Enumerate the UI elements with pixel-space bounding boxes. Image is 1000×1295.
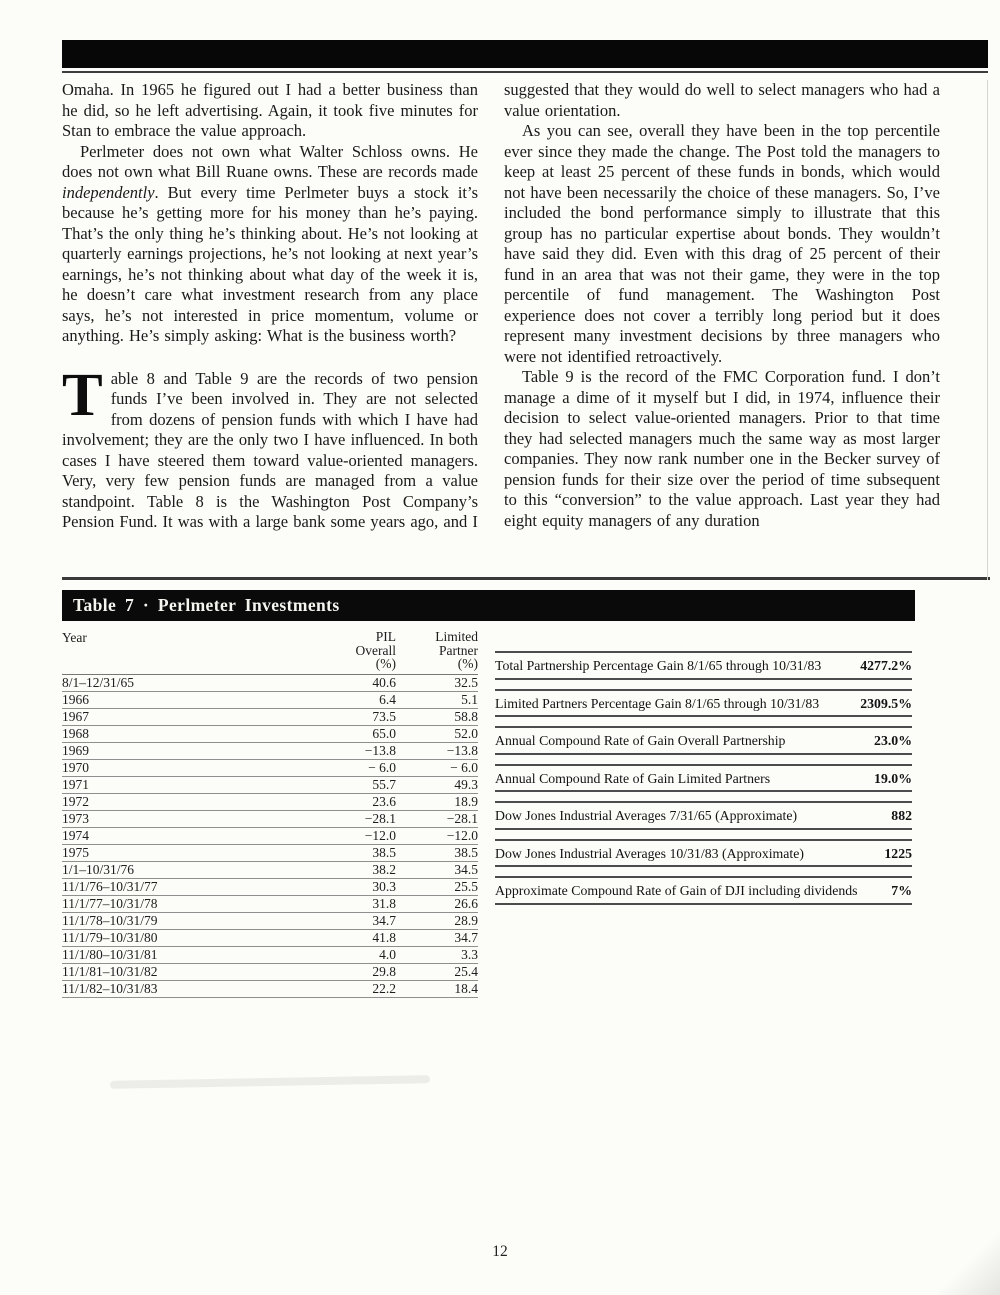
right-column: suggested that they would do well to sel… <box>504 80 940 576</box>
lp-cell: 18.9 <box>396 794 478 810</box>
pil-cell: 29.8 <box>321 964 396 980</box>
year-cell: 1971 <box>62 777 321 793</box>
lp-cell: 49.3 <box>396 777 478 793</box>
summary-label: Dow Jones Industrial Averages 10/31/83 (… <box>495 846 804 862</box>
summary-item: Annual Compound Rate of Gain Overall Par… <box>495 726 912 755</box>
pil-cell: 22.2 <box>321 981 396 997</box>
summary-label: Dow Jones Industrial Averages 7/31/65 (A… <box>495 808 797 824</box>
summary-item: Approximate Compound Rate of Gain of DJI… <box>495 876 912 905</box>
table-row: 11/1/76–10/31/7730.325.5 <box>62 879 478 896</box>
lp-cell: 5.1 <box>396 692 478 708</box>
year-cell: 1966 <box>62 692 321 708</box>
table7-title-bar: Table 7 · Perlmeter Investments <box>62 590 915 621</box>
year-cell: 11/1/78–10/31/79 <box>62 913 321 929</box>
lp-cell: −12.0 <box>396 828 478 844</box>
year-cell: 11/1/80–10/31/81 <box>62 947 321 963</box>
lp-cell: 34.5 <box>396 862 478 878</box>
table-row: 197538.538.5 <box>62 845 478 862</box>
paragraph-perlmeter-rest: . But every time Perlmeter buys a stock … <box>62 183 478 346</box>
lp-cell: 32.5 <box>396 675 478 691</box>
lp-cell: 34.7 <box>396 930 478 946</box>
lp-cell: − 6.0 <box>396 760 478 776</box>
col-header-pil-overall: PIL Overall (%) <box>321 630 396 671</box>
paragraph-omaha: Omaha. In 1965 he figured out I had a be… <box>62 80 478 142</box>
table-row: 11/1/81–10/31/8229.825.4 <box>62 964 478 981</box>
year-cell: 11/1/82–10/31/83 <box>62 981 321 997</box>
lp-cell: 38.5 <box>396 845 478 861</box>
summary-label: Annual Compound Rate of Gain Overall Par… <box>495 733 785 749</box>
lp-cell: 25.5 <box>396 879 478 895</box>
summary-value: 4277.2% <box>860 658 912 674</box>
table-row: 197223.618.9 <box>62 794 478 811</box>
table-row: 11/1/78–10/31/7934.728.9 <box>62 913 478 930</box>
summary-item: Limited Partners Percentage Gain 8/1/65 … <box>495 689 912 718</box>
summary-value: 7% <box>891 883 912 899</box>
lp-cell: −28.1 <box>396 811 478 827</box>
summary-item: Dow Jones Industrial Averages 7/31/65 (A… <box>495 801 912 830</box>
pil-cell: 31.8 <box>321 896 396 912</box>
table-row: 1/1–10/31/7638.234.5 <box>62 862 478 879</box>
page-number: 12 <box>0 1243 1000 1261</box>
table-row: 197155.749.3 <box>62 777 478 794</box>
pil-cell: 65.0 <box>321 726 396 742</box>
lp-cell: −13.8 <box>396 743 478 759</box>
summary-value: 23.0% <box>874 733 912 749</box>
lp-cell: 58.8 <box>396 709 478 725</box>
paragraph-perlmeter: Perlmeter does not own what Walter Schlo… <box>62 142 478 347</box>
pil-cell: 6.4 <box>321 692 396 708</box>
lp-cell: 25.4 <box>396 964 478 980</box>
pil-cell: 73.5 <box>321 709 396 725</box>
paragraph-table9-fmc: Table 9 is the record of the FMC Corpora… <box>504 367 940 531</box>
table-row: 196773.558.8 <box>62 709 478 726</box>
body-text: Omaha. In 1965 he figured out I had a be… <box>62 80 940 576</box>
summary-item: Annual Compound Rate of Gain Limited Par… <box>495 764 912 793</box>
table-row: 19666.45.1 <box>62 692 478 709</box>
summary-label: Approximate Compound Rate of Gain of DJI… <box>495 883 858 899</box>
scan-artifact-line <box>987 80 988 580</box>
summary-label: Total Partnership Percentage Gain 8/1/65… <box>495 658 821 674</box>
table-row: 1970− 6.0− 6.0 <box>62 760 478 777</box>
pil-cell: −13.8 <box>321 743 396 759</box>
year-cell: 1975 <box>62 845 321 861</box>
pil-cell: − 6.0 <box>321 760 396 776</box>
scan-artifact-smudge <box>900 1230 1000 1295</box>
lp-cell: 28.9 <box>396 913 478 929</box>
year-cell: 11/1/76–10/31/77 <box>62 879 321 895</box>
summary-label: Limited Partners Percentage Gain 8/1/65 … <box>495 696 819 712</box>
table-row: 1974−12.0−12.0 <box>62 828 478 845</box>
year-cell: 8/1–12/31/65 <box>62 675 321 691</box>
scan-artifact-smudge <box>110 1075 430 1089</box>
summary-value: 1225 <box>884 846 912 862</box>
col-header-limited-partner: Limited Partner (%) <box>396 630 478 671</box>
table-row: 8/1–12/31/6540.632.5 <box>62 675 478 692</box>
table-row: 11/1/77–10/31/7831.826.6 <box>62 896 478 913</box>
year-cell: 11/1/81–10/31/82 <box>62 964 321 980</box>
col-header-year: Year <box>62 630 321 645</box>
summary-item: Dow Jones Industrial Averages 10/31/83 (… <box>495 839 912 868</box>
table-row: 196865.052.0 <box>62 726 478 743</box>
table7-summary: Total Partnership Percentage Gain 8/1/65… <box>495 651 912 998</box>
lp-cell: 18.4 <box>396 981 478 997</box>
summary-value: 882 <box>891 808 912 824</box>
year-cell: 1967 <box>62 709 321 725</box>
summary-value: 19.0% <box>874 771 912 787</box>
pil-cell: 4.0 <box>321 947 396 963</box>
lp-cell: 3.3 <box>396 947 478 963</box>
year-cell: 1970 <box>62 760 321 776</box>
paragraph-table8-9-dropcap: Table 8 and Table 9 are the records of t… <box>62 369 478 533</box>
pil-cell: 41.8 <box>321 930 396 946</box>
year-cell: 1972 <box>62 794 321 810</box>
pil-cell: 34.7 <box>321 913 396 929</box>
year-cell: 1974 <box>62 828 321 844</box>
table-row: 11/1/82–10/31/8322.218.4 <box>62 981 478 998</box>
summary-label: Annual Compound Rate of Gain Limited Par… <box>495 771 770 787</box>
year-cell: 11/1/79–10/31/80 <box>62 930 321 946</box>
paragraph-as-you-can-see: As you can see, overall they have been i… <box>504 121 940 367</box>
table-row: 1973−28.1−28.1 <box>62 811 478 828</box>
summary-value: 2309.5% <box>860 696 912 712</box>
italic-word: independently <box>62 183 155 202</box>
pil-cell: 23.6 <box>321 794 396 810</box>
lp-cell: 52.0 <box>396 726 478 742</box>
pil-cell: 55.7 <box>321 777 396 793</box>
pil-cell: 38.2 <box>321 862 396 878</box>
lp-cell: 26.6 <box>396 896 478 912</box>
table-section-rule <box>62 577 990 580</box>
table-row: 11/1/79–10/31/8041.834.7 <box>62 930 478 947</box>
pil-cell: 38.5 <box>321 845 396 861</box>
left-column: Omaha. In 1965 he figured out I had a be… <box>62 80 478 576</box>
masthead-rule <box>62 71 988 73</box>
document-page: Omaha. In 1965 he figured out I had a be… <box>0 0 1000 1295</box>
paragraph-suggested: suggested that they would do well to sel… <box>504 80 940 121</box>
pil-cell: −12.0 <box>321 828 396 844</box>
pil-cell: −28.1 <box>321 811 396 827</box>
year-cell: 1/1–10/31/76 <box>62 862 321 878</box>
year-cell: 1968 <box>62 726 321 742</box>
table-row: 11/1/80–10/31/814.03.3 <box>62 947 478 964</box>
table-row: 1969−13.8−13.8 <box>62 743 478 760</box>
year-cell: 1969 <box>62 743 321 759</box>
summary-item: Total Partnership Percentage Gain 8/1/65… <box>495 651 912 680</box>
table-header-row: Year PIL Overall (%) Limited Partner (%) <box>62 630 478 675</box>
paragraph-perlmeter-text: Perlmeter does not own what Walter Schlo… <box>62 142 478 182</box>
table7-yearly-returns: Year PIL Overall (%) Limited Partner (%)… <box>62 630 478 998</box>
masthead-bar <box>62 40 988 68</box>
table7-title: Table 7 · Perlmeter Investments <box>73 595 340 615</box>
table7: Year PIL Overall (%) Limited Partner (%)… <box>62 630 940 998</box>
pil-cell: 40.6 <box>321 675 396 691</box>
pil-cell: 30.3 <box>321 879 396 895</box>
year-cell: 11/1/77–10/31/78 <box>62 896 321 912</box>
year-cell: 1973 <box>62 811 321 827</box>
